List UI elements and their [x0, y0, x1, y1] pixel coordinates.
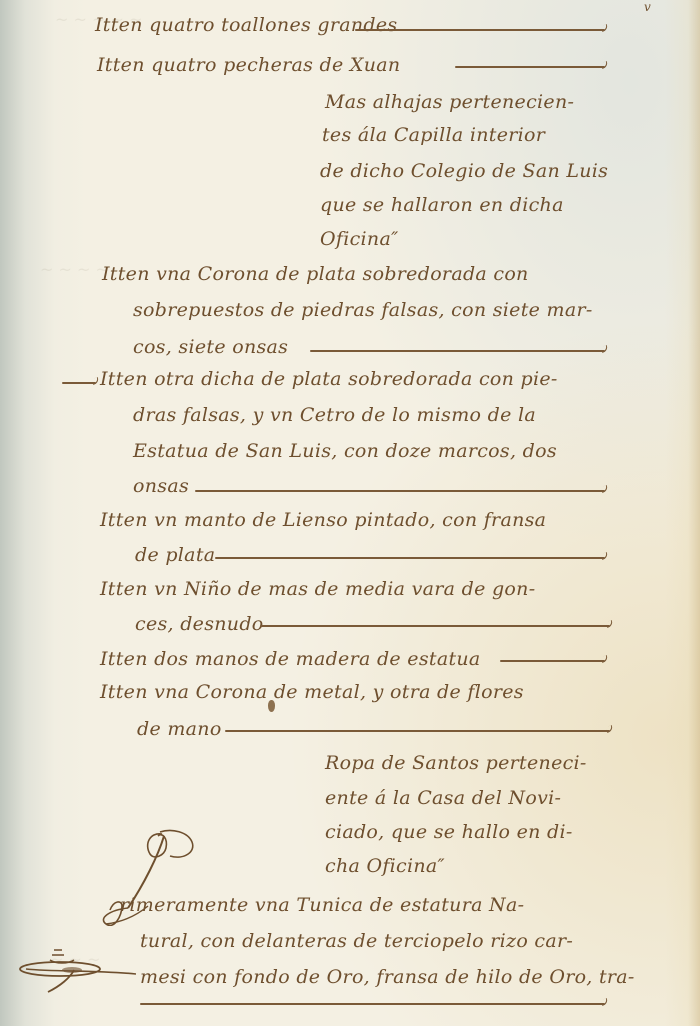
- margin-flourish-mark: [16, 942, 136, 1002]
- line-filler-rule: [355, 29, 605, 31]
- text-line: cos, siete onsas: [133, 338, 288, 357]
- section-heading-line: Mas alhajas pertenecien-: [325, 93, 574, 112]
- line-filler-rule: [195, 490, 605, 492]
- line-filler-rule: [225, 730, 610, 732]
- text-line: de mano: [137, 720, 222, 739]
- text-line: onsas: [133, 477, 189, 496]
- section-heading-line: Ropa de Santos perteneci-: [325, 754, 587, 773]
- ink-blot: [268, 700, 275, 712]
- bleed-through-text: ~ ~ ~ ~: [40, 260, 109, 279]
- text-line: Itten otra dicha de plata sobredorada co…: [100, 370, 558, 389]
- manuscript-page: v ~ ~ ~ ~ ~ ~ ~ ~ ~ ~ ~ ~ Itten quatro t…: [0, 0, 700, 1026]
- corner-mark: v: [644, 0, 651, 14]
- line-filler-rule: [455, 66, 605, 68]
- text-line: rimeramente vna Tunica de estatura Na-: [120, 896, 524, 915]
- text-line: dras falsas, y vn Cetro de lo mismo de l…: [133, 406, 536, 425]
- line-filler-rule: [310, 350, 605, 352]
- text-line: Estatua de San Luis, con doze marcos, do…: [133, 442, 557, 461]
- text-line: Itten vn manto de Lienso pintado, con fr…: [100, 511, 546, 530]
- leading-dash: [62, 382, 96, 384]
- text-line: Itten vna Corona de plata sobredorada co…: [102, 265, 529, 284]
- line-filler-rule: [260, 625, 610, 627]
- section-heading-line: de dicho Colegio de San Luis: [320, 162, 608, 181]
- text-line: de plata: [135, 546, 215, 565]
- line-filler-rule: [140, 1003, 605, 1005]
- text-line: Itten quatro toallones grandes: [95, 16, 397, 35]
- text-line: ces, desnudo: [135, 615, 264, 634]
- text-line: Itten vna Corona de metal, y otra de flo…: [100, 683, 524, 702]
- section-heading-line: que se hallaron en dicha: [320, 196, 564, 215]
- text-line: Itten quatro pecheras de Xuan: [97, 56, 400, 75]
- text-line: sobrepuestos de piedras falsas, con siet…: [133, 301, 593, 320]
- section-heading-line: Oficina″: [320, 230, 398, 249]
- text-line: Itten vn Niño de mas de media vara de go…: [100, 580, 535, 599]
- section-heading-line: cha Oficina″: [325, 857, 445, 876]
- section-heading-line: tes ála Capilla interior: [322, 126, 545, 145]
- text-line: Itten dos manos de madera de estatua: [100, 650, 481, 669]
- section-heading-line: ciado, que se hallo en di-: [325, 823, 573, 842]
- text-line: mesi con fondo de Oro, fransa de hilo de…: [140, 968, 635, 987]
- line-filler-rule: [215, 557, 605, 559]
- line-filler-rule: [500, 660, 605, 662]
- section-heading-line: ente á la Casa del Novi-: [325, 789, 561, 808]
- text-line: tural, con delanteras de terciopelo rizo…: [140, 932, 573, 951]
